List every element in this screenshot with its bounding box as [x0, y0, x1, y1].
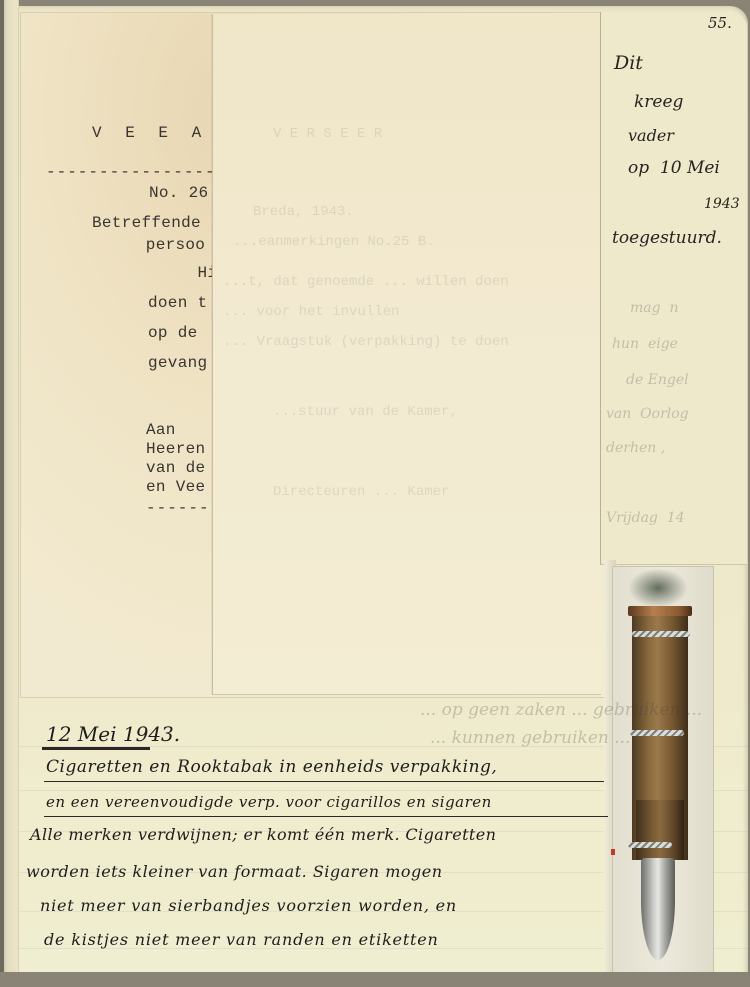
- side-note-line: toegestuurd.: [612, 228, 722, 248]
- faded-line: de Engel: [626, 372, 689, 388]
- faded-line: mag n: [630, 300, 679, 316]
- address-line: Heeren: [146, 440, 205, 458]
- blank-cover-sheet: V E R S E E R Breda, 1943. ...eanmerking…: [212, 14, 601, 695]
- faded-line: derhen ,: [606, 440, 665, 456]
- letter-line: persoo: [126, 236, 205, 254]
- letter-divider: ------------------: [46, 163, 237, 181]
- background-edge: [0, 972, 750, 987]
- letter-line: Betreffende: [92, 214, 201, 232]
- bleed-through-text: ... op geen zaken ... gebruiken ...: [420, 700, 702, 720]
- faded-line: hun eige: [612, 336, 678, 352]
- address-divider: ------: [146, 499, 210, 517]
- entry-date: 12 Mei 1943.: [46, 722, 180, 746]
- cartridge-rim: [628, 606, 692, 616]
- bleed-through-text: ... kunnen gebruiken ...: [430, 728, 630, 748]
- side-note-line: vader: [628, 126, 674, 145]
- entry-line: worden iets kleiner van formaat. Sigaren…: [26, 862, 443, 881]
- cartridge-shadow: [628, 568, 688, 608]
- binding-wire: [632, 631, 690, 637]
- red-mark: [611, 849, 615, 855]
- date-underline: [42, 747, 150, 750]
- side-note-line: 1943: [704, 196, 740, 212]
- entry-line: niet meer van sierbandjes voorzien worde…: [40, 896, 457, 915]
- side-note-line: kreeg: [634, 92, 683, 112]
- address-line: van de: [146, 459, 205, 477]
- side-note-line: Dit: [614, 52, 643, 74]
- page-number: 55.: [708, 14, 732, 32]
- cartridge-neck: [636, 800, 684, 860]
- side-note-line: op 10 Mei: [628, 158, 720, 178]
- entry-line: Cigaretten en Rooktabak in eenheids verp…: [46, 757, 497, 777]
- letter-line: Hi: [148, 264, 217, 282]
- faded-line: van Oorlog: [606, 406, 689, 422]
- binding-wire: [628, 842, 672, 848]
- entry-line: en een vereenvoudigde verp. voor cigaril…: [46, 793, 492, 811]
- address-line: en Vee: [146, 478, 205, 496]
- letter-line: doen t: [148, 294, 207, 312]
- binding-edge: [0, 0, 4, 987]
- address-line: Aan: [146, 421, 176, 439]
- faded-line: Vrijdag 14: [606, 510, 685, 526]
- letter-line: gevang: [148, 354, 207, 372]
- entry-underline: [44, 816, 608, 817]
- entry-line: Alle merken verdwijnen; er komt één merk…: [30, 825, 496, 844]
- letter-line: No. 26: [149, 184, 208, 202]
- letter-line: op de: [148, 324, 198, 342]
- entry-underline: [44, 781, 604, 782]
- binding-wire: [630, 730, 684, 736]
- entry-line: de kistjes niet meer van randen en etike…: [44, 930, 439, 949]
